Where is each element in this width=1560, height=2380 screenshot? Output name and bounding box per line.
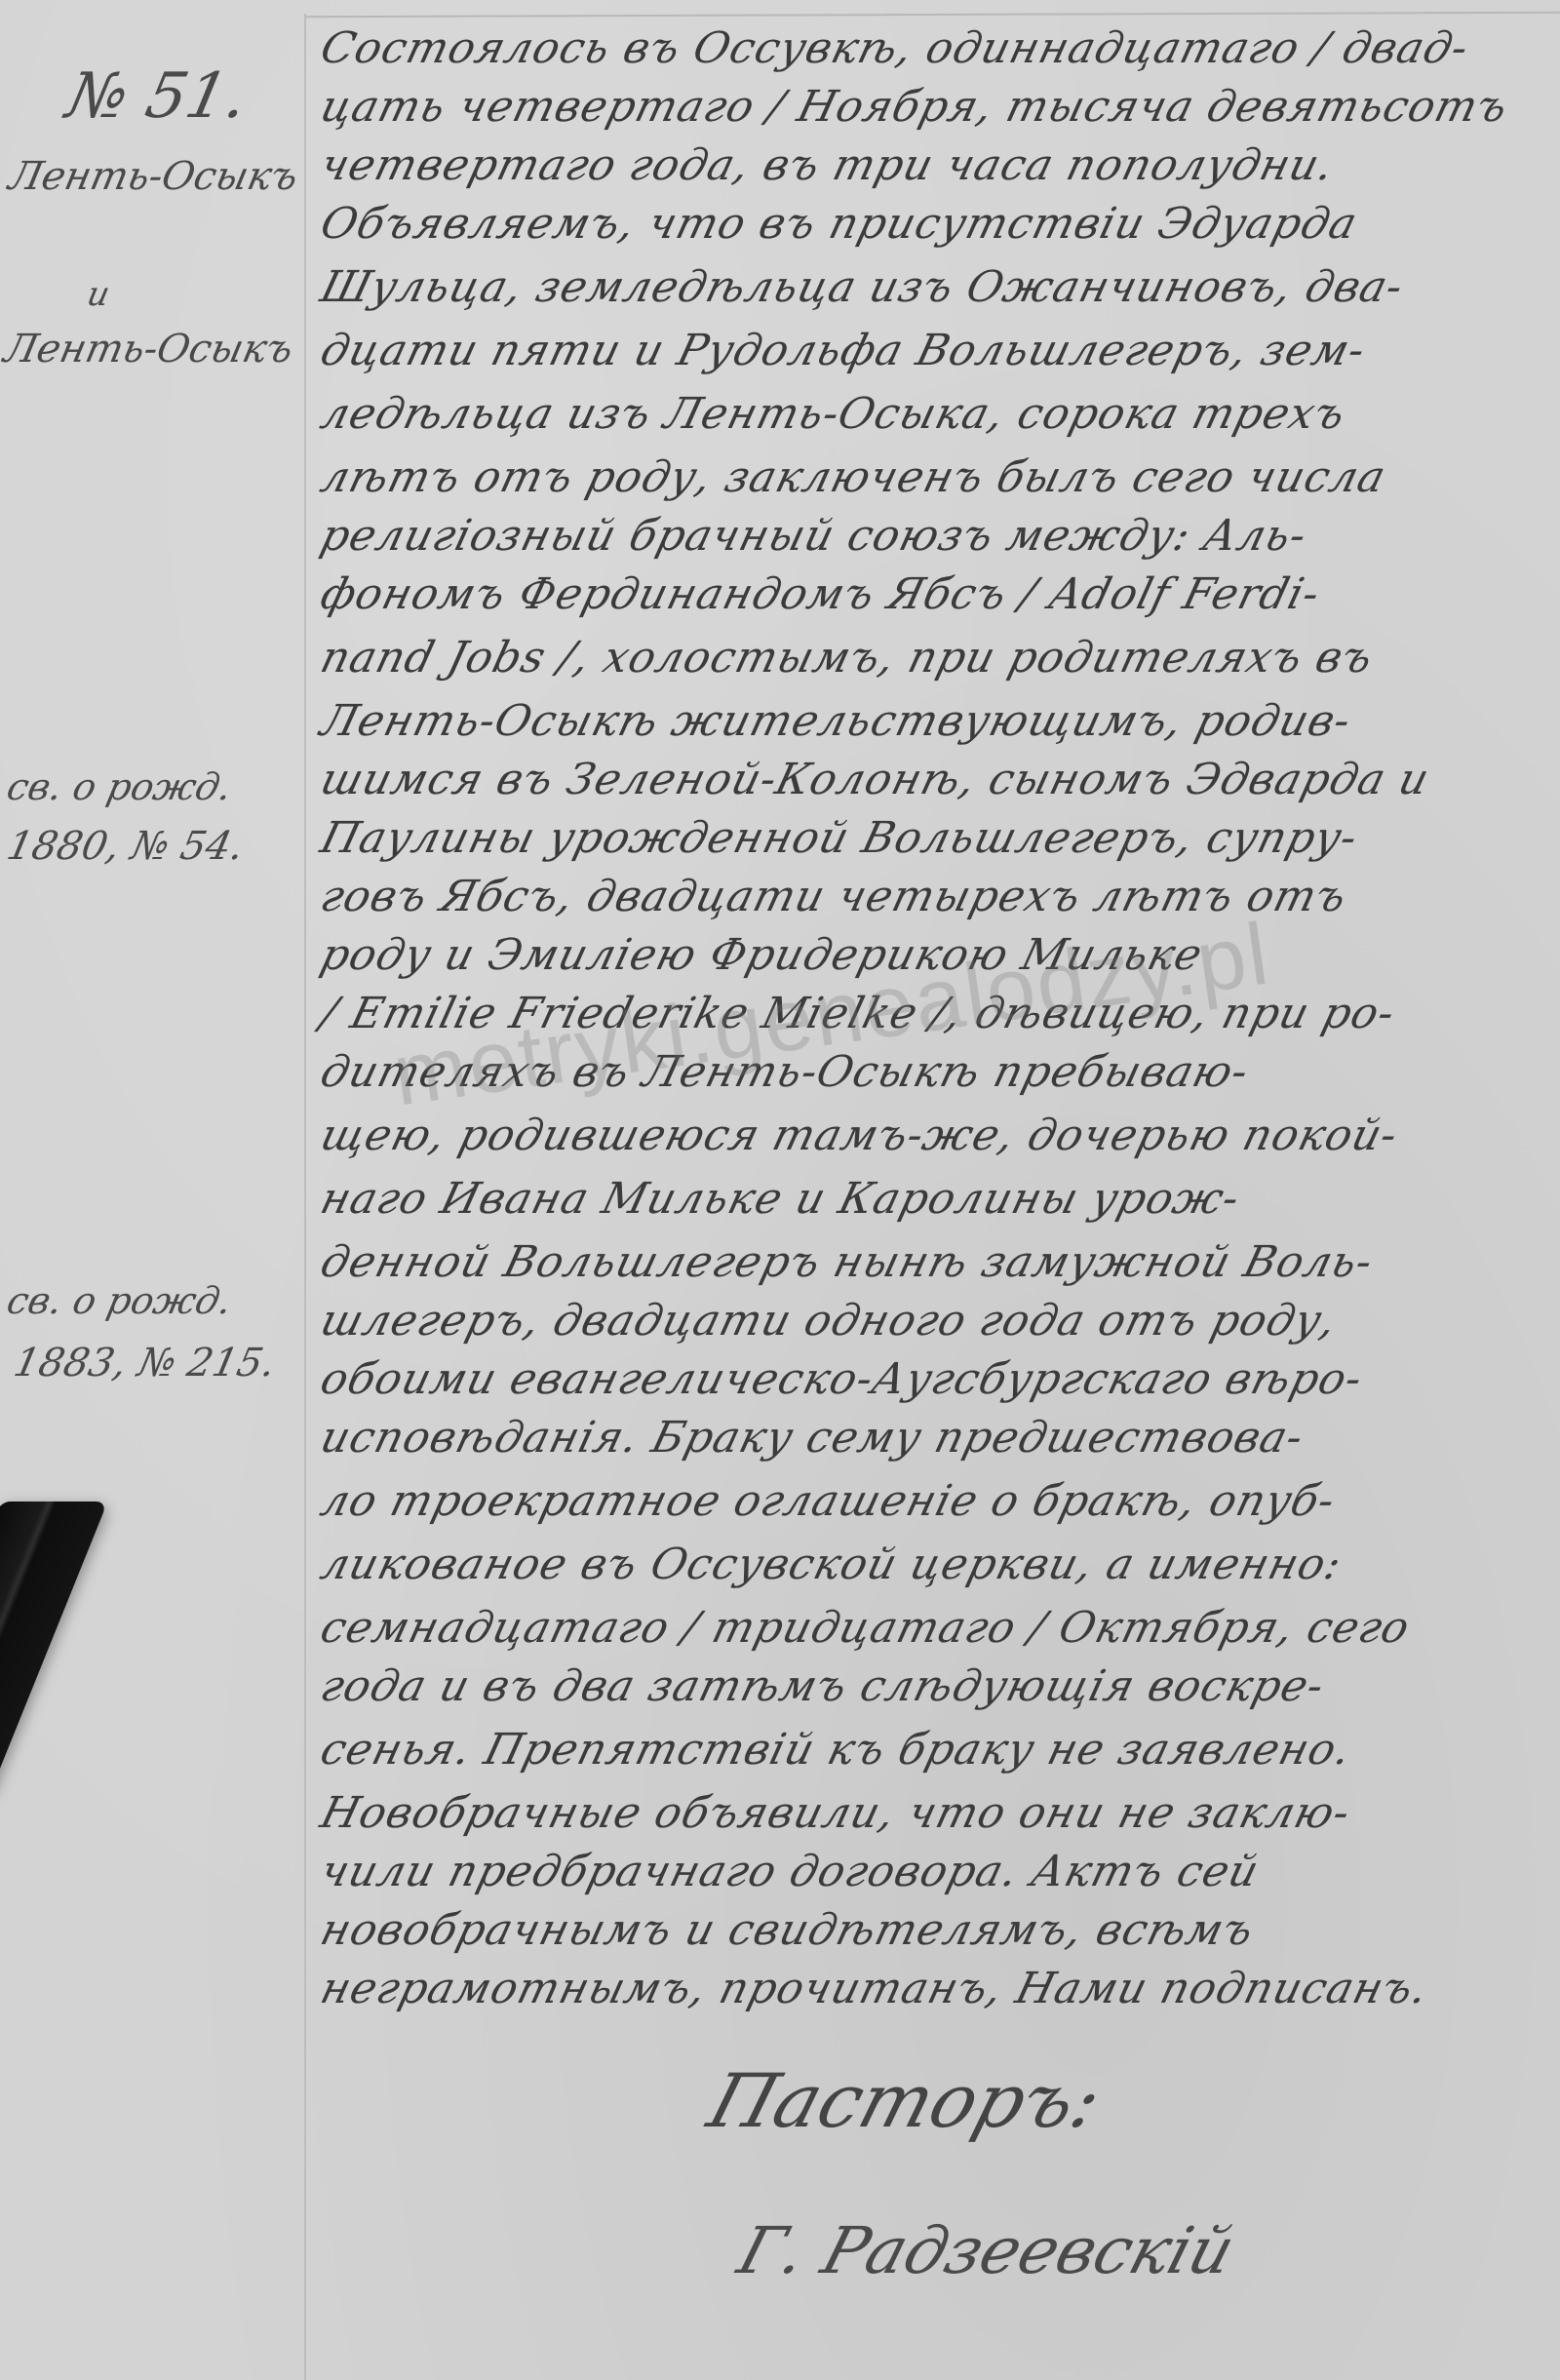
record-number: № 51. xyxy=(60,60,253,133)
margin-column: № 51. Ленть-Осыкъ и Ленть-Осыкъ св. о ро… xyxy=(0,0,302,2380)
birth-ref-2-label: св. о рожд. xyxy=(3,1279,235,1322)
birth-ref-1-value: 1880, № 54. xyxy=(3,824,248,869)
signature-title: Пасторъ: xyxy=(699,2057,1111,2144)
signature-name: Г. Радзеевскій xyxy=(730,2213,1243,2288)
bride-location: Ленть-Осыкъ xyxy=(0,327,297,371)
body-line: неграмотнымъ, прочитанъ, Нами подписанъ. xyxy=(312,1950,1560,2028)
birth-ref-2-value: 1883, № 215. xyxy=(10,1341,280,1385)
birth-ref-1-label: св. о рожд. xyxy=(3,765,235,808)
groom-location: Ленть-Осыкъ xyxy=(5,154,302,199)
location-conjunction: и xyxy=(84,275,113,314)
margin-rule-line xyxy=(304,14,306,2380)
